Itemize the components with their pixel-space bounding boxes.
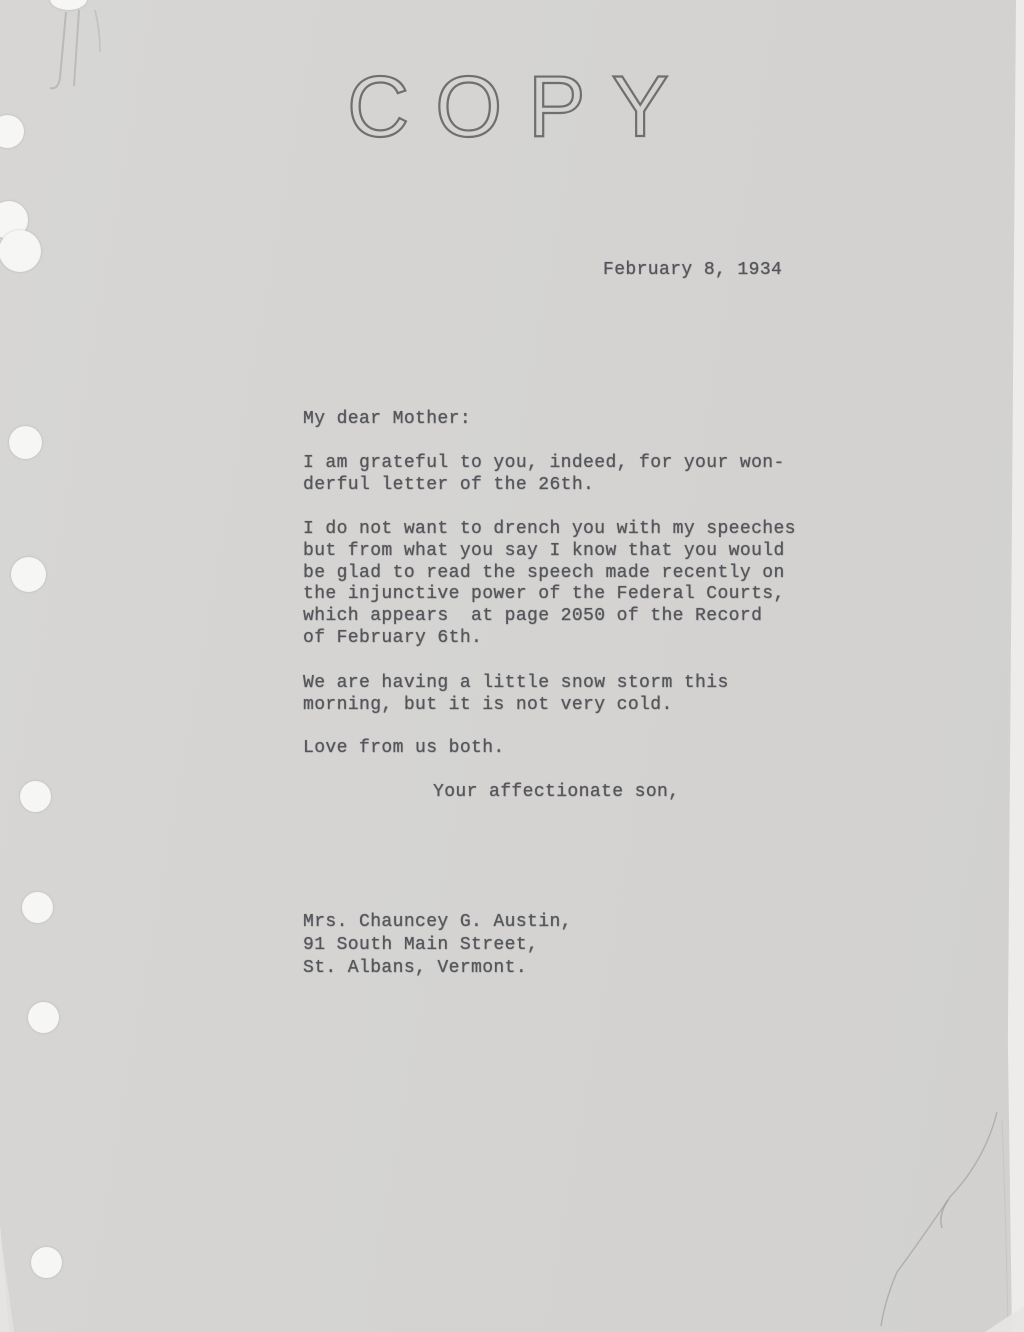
date-line: February 8, 1934 (603, 260, 782, 282)
recipient-name: Mrs. Chauncey G. Austin, (303, 912, 572, 934)
paragraph-2: I do not want to drench you with my spee… (303, 519, 796, 650)
punch-hole (0, 230, 41, 272)
salutation: My dear Mother: (303, 409, 471, 431)
recipient-city: St. Albans, Vermont. (303, 958, 527, 980)
copy-stamp: COPY (0, 58, 1016, 157)
punch-hole (9, 426, 42, 459)
punch-hole (20, 781, 51, 812)
paragraph-3: We are having a little snow storm this m… (303, 673, 729, 717)
punch-hole (28, 1002, 59, 1033)
scanned-letter-page: COPY February 8, 1934 My dear Mother: I … (0, 0, 1024, 1332)
closing-line: Your affectionate son, (433, 782, 679, 804)
punch-hole (22, 892, 53, 923)
punch-hole (11, 557, 46, 592)
punch-hole (31, 1247, 62, 1278)
paragraph-1: I am grateful to you, indeed, for your w… (303, 453, 785, 497)
paragraph-4: Love from us both. (303, 738, 505, 760)
paper-sheet (0, 0, 1016, 1332)
recipient-street: 91 South Main Street, (303, 935, 538, 957)
